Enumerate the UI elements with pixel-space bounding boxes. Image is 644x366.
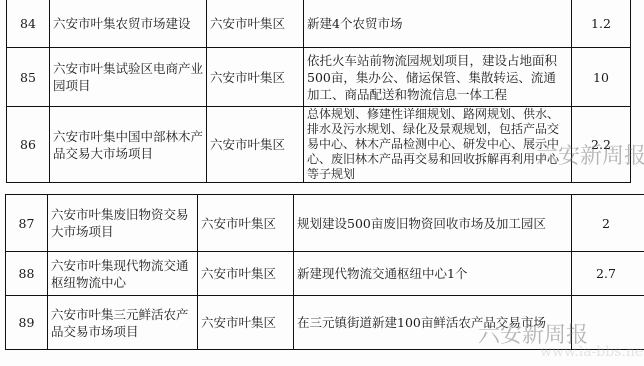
- table-row: 85 六安市叶集试验区电商产业园项目 六安市叶集区 依托火车站前物流园规划项目，…: [7, 48, 631, 107]
- table-row: 87 六安市叶集废旧物资交易大市场项目 六安市叶集区 规划建设500亩废旧物资回…: [6, 195, 644, 252]
- project-location: 六安市叶集区: [207, 107, 304, 183]
- project-amount-cell: 2.7: [572, 252, 644, 296]
- project-location: 六安市叶集区: [198, 252, 294, 296]
- project-location: 六安市叶集区: [198, 195, 294, 252]
- row-number: 87: [6, 195, 48, 252]
- project-content: 新建4个农贸市场: [304, 0, 572, 48]
- project-amount: 2: [572, 215, 642, 232]
- project-amount-cell: [572, 296, 644, 350]
- row-number: 89: [6, 296, 48, 350]
- row-number: 86: [7, 107, 50, 183]
- project-content: 新建现代物流交通枢纽中心1个: [294, 252, 572, 296]
- project-amount: 1.2: [572, 0, 631, 48]
- row-number: 85: [7, 48, 50, 107]
- watermark-site: www.la-bbs.net: [540, 344, 644, 360]
- project-name: 六安市叶集农贸市场建设: [50, 0, 207, 48]
- project-location: 六安市叶集区: [207, 48, 304, 107]
- row-number: 88: [6, 252, 48, 296]
- table-row: 88 六安市叶集现代物流交通枢纽物流中心 六安市叶集区 新建现代物流交通枢纽中心…: [6, 252, 644, 296]
- project-table-top: 84 六安市叶集农贸市场建设 六安市叶集区 新建4个农贸市场 1.2 85 六安…: [6, 0, 631, 183]
- project-content: 依托火车站前物流园规划项目，建设占地面积500亩，集办公、储运保管、集散转运、流…: [304, 48, 572, 107]
- project-location: 六安市叶集区: [198, 296, 294, 350]
- table-row: 86 六安市叶集中国中部林木产品交易大市场项目 六安市叶集区 总体规划、修建性详…: [7, 107, 631, 183]
- project-name: 六安市叶集现代物流交通枢纽物流中心: [48, 252, 198, 296]
- project-content: 总体规划、修建性详细规划、路网规划、供水、排水及污水规划、绿化及景观规划，包括产…: [304, 107, 572, 183]
- project-name: 六安市叶集废旧物资交易大市场项目: [48, 195, 198, 252]
- project-content: 规划建设500亩废旧物资回收市场及加工园区: [294, 195, 572, 252]
- project-amount: 10: [572, 48, 631, 107]
- table-row: 84 六安市叶集农贸市场建设 六安市叶集区 新建4个农贸市场 1.2: [7, 0, 631, 48]
- row-number: 84: [7, 0, 50, 48]
- project-name: 六安市叶集三元鲜活农产品交易市场项目: [48, 296, 198, 350]
- project-content: 在三元镇街道新建100亩鲜活农产品交易市场: [294, 296, 572, 350]
- project-amount-cell: 2: [572, 195, 644, 252]
- project-amount: 2.7: [572, 265, 642, 282]
- table-row: 89 六安市叶集三元鲜活农产品交易市场项目 六安市叶集区 在三元镇街道新建100…: [6, 296, 644, 350]
- project-name: 六安市叶集中国中部林木产品交易大市场项目: [50, 107, 207, 183]
- project-name: 六安市叶集试验区电商产业园项目: [50, 48, 207, 107]
- project-location: 六安市叶集区: [207, 0, 304, 48]
- project-table-bottom: 87 六安市叶集废旧物资交易大市场项目 六安市叶集区 规划建设500亩废旧物资回…: [5, 194, 644, 350]
- project-amount: 2.2: [572, 107, 631, 183]
